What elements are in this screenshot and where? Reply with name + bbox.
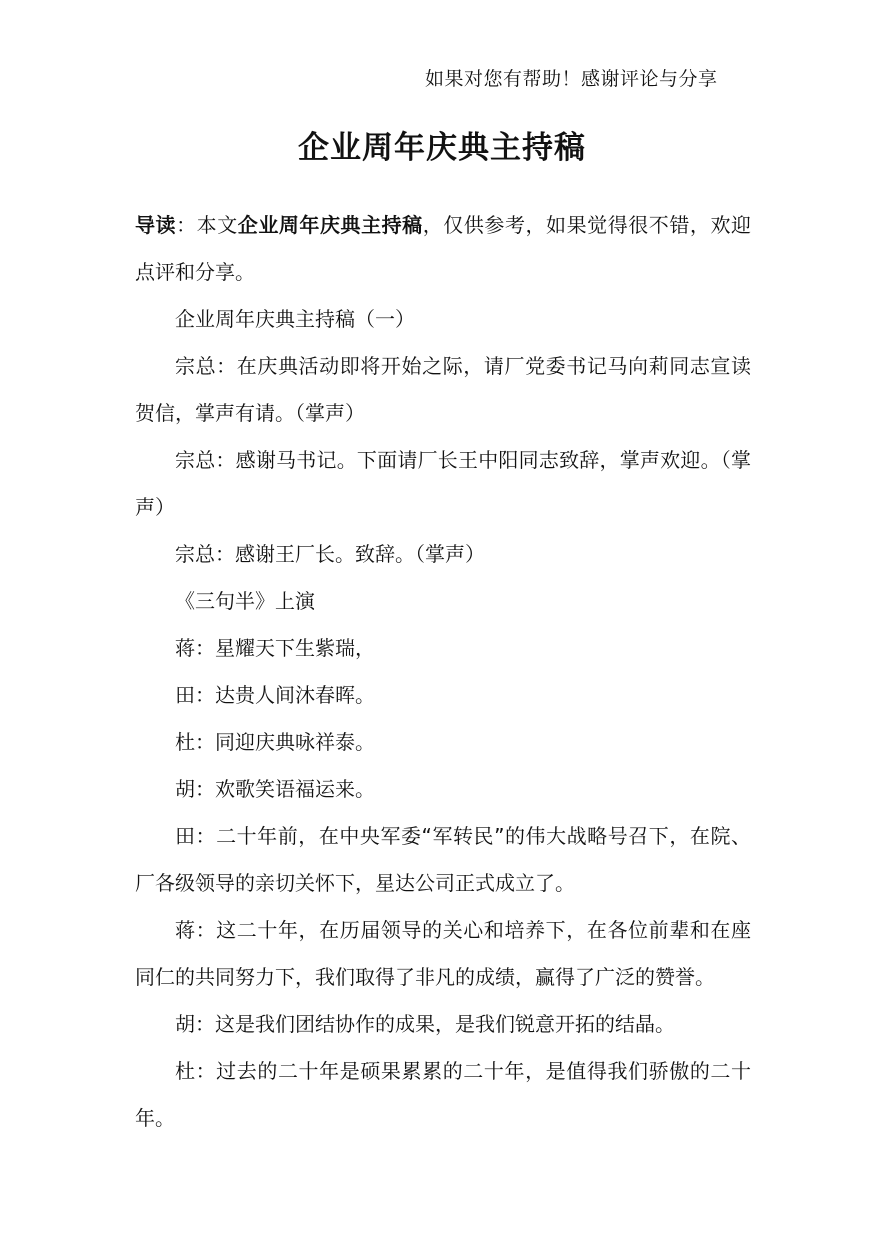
intro-bold-title: 企业周年庆典主持稿 (238, 213, 423, 237)
document-title: 企业周年庆典主持稿 (0, 122, 884, 167)
paragraph: 宗总：在庆典活动即将开始之际，请厂党委书记马向莉同志宣读贺信，掌声有请。（掌声） (135, 343, 751, 437)
paragraph: 胡：欢歌笑语福运来。 (135, 766, 751, 813)
paragraph: 蒋：星耀天下生紫瑞， (135, 625, 751, 672)
paragraph: 田：二十年前，在中央军委“军转民”的伟大战略号召下，在院、厂各级领导的亲切关怀下… (135, 813, 751, 907)
paragraph: 田：达贵人间沐春晖。 (135, 672, 751, 719)
paragraph: 胡：这是我们团结协作的成果，是我们锐意开拓的结晶。 (135, 1001, 751, 1048)
paragraph: 《三句半》上演 (135, 578, 751, 625)
section-heading: 企业周年庆典主持稿（一） (135, 296, 751, 343)
header-note: 如果对您有帮助！感谢评论与分享 (425, 64, 718, 91)
paragraph: 杜：过去的二十年是硕果累累的二十年，是值得我们骄傲的二十年。 (135, 1048, 751, 1142)
intro-colon: ：本文 (176, 213, 238, 237)
intro-paragraph: 导读：本文企业周年庆典主持稿，仅供参考，如果觉得很不错，欢迎点评和分享。 (135, 202, 751, 296)
intro-label: 导读 (135, 213, 176, 237)
paragraph: 宗总：感谢王厂长。致辞。（掌声） (135, 531, 751, 578)
paragraph: 蒋：这二十年，在历届领导的关心和培养下，在各位前辈和在座同仁的共同努力下，我们取… (135, 907, 751, 1001)
paragraph: 宗总：感谢马书记。下面请厂长王中阳同志致辞，掌声欢迎。（掌声） (135, 437, 751, 531)
document-body: 导读：本文企业周年庆典主持稿，仅供参考，如果觉得很不错，欢迎点评和分享。 企业周… (135, 202, 751, 1142)
paragraph: 杜：同迎庆典咏祥泰。 (135, 719, 751, 766)
